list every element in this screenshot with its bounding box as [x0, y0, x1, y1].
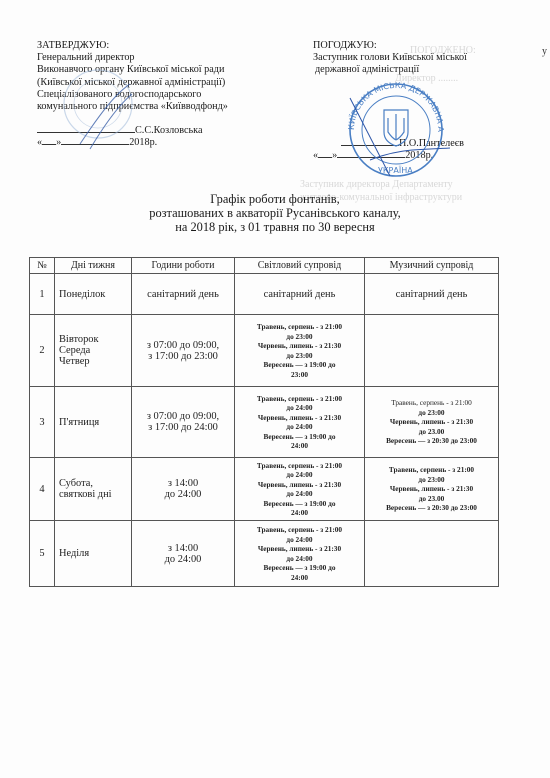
row-lighting: Травень, серпень - з 21:00 до 23:00 Черв…	[235, 315, 365, 387]
approval-line: Виконавчого органу Київської міської рад…	[37, 64, 228, 76]
table-row: 3 П'ятниця з 07:00 до 09:00, з 17:00 до …	[30, 387, 499, 458]
header-lighting: Світловий супровід	[235, 258, 365, 274]
approval-line: Спеціалізованого водогосподарського	[37, 89, 228, 101]
approval-signer: С.С.Козловська	[135, 125, 203, 136]
header-hours: Години роботи	[132, 258, 235, 274]
table-row: 4 Субота, святкові дні з 14:00 до 24:00 …	[30, 458, 499, 521]
row-days: П'ятниця	[55, 387, 132, 458]
title-line-1: Графік роботи фонтанів,	[0, 192, 550, 206]
approval-signature-line: С.С.Козловська	[37, 125, 228, 137]
table-row: 1 Понеділок санітарний день санітарний д…	[30, 274, 499, 315]
row-number: 5	[30, 521, 55, 587]
agreement-signer: П.О.Пантелеєв	[399, 138, 464, 149]
approval-date-line: «»2018р.	[37, 137, 228, 149]
agreement-block: ПОГОДЖУЮ: Заступник голови Київської міс…	[313, 40, 467, 162]
approval-heading: ЗАТВЕРДЖУЮ:	[37, 40, 228, 52]
approval-line: Генеральний директор	[37, 52, 228, 64]
agreement-line: Заступник голови Київської міської	[313, 52, 467, 64]
row-hours: з 14:00 до 24:00	[132, 521, 235, 587]
row-days: Неділя	[55, 521, 132, 587]
approval-block: ЗАТВЕРДЖУЮ: Генеральний директор Виконав…	[37, 40, 228, 150]
row-music	[365, 315, 499, 387]
bleed-through-text: Заступник директора Департаменту	[300, 178, 453, 191]
agreement-line: державної адміністрації	[313, 64, 467, 76]
row-music	[365, 521, 499, 587]
row-number: 4	[30, 458, 55, 521]
approval-year: 2018р.	[129, 137, 157, 148]
agreement-year: 2018р.	[405, 150, 433, 161]
document-title: Графік роботи фонтанів, розташованих в а…	[0, 192, 550, 234]
row-hours: з 07:00 до 09:00, з 17:00 до 23:00	[132, 315, 235, 387]
row-lighting: Травень, серпень - з 21:00 до 24:00 Черв…	[235, 521, 365, 587]
table-header-row: № Дні тижня Години роботи Світловий супр…	[30, 258, 499, 274]
table-row: 2 Вівторок Середа Четвер з 07:00 до 09:0…	[30, 315, 499, 387]
row-number: 1	[30, 274, 55, 315]
row-lighting: санітарний день	[235, 274, 365, 315]
agreement-signature-line: П.О.Пантелеєв	[313, 138, 467, 150]
row-hours: санітарний день	[132, 274, 235, 315]
table-row: 5 Неділя з 14:00 до 24:00 Травень, серпе…	[30, 521, 499, 587]
header-music: Музичний супровід	[365, 258, 499, 274]
agreement-heading: ПОГОДЖУЮ:	[313, 40, 467, 52]
row-music: Травень, серпень - з 21:00 до 23:00 Черв…	[365, 387, 499, 458]
row-days: Субота, святкові дні	[55, 458, 132, 521]
row-number: 3	[30, 387, 55, 458]
approval-line: комунального підприємства «Київводфонд»	[37, 101, 228, 113]
row-hours: з 14:00 до 24:00	[132, 458, 235, 521]
row-lighting: Травень, серпень - з 21:00 до 24:00 Черв…	[235, 387, 365, 458]
edge-mark: у	[542, 46, 547, 57]
schedule-table: № Дні тижня Години роботи Світловий супр…	[29, 257, 499, 587]
header-days: Дні тижня	[55, 258, 132, 274]
header-number: №	[30, 258, 55, 274]
agreement-date-line: «»2018р.	[313, 150, 467, 162]
row-music: санітарний день	[365, 274, 499, 315]
row-number: 2	[30, 315, 55, 387]
row-lighting: Травень, серпень - з 21:00 до 24:00 Черв…	[235, 458, 365, 521]
approval-line: (Київської міської державної адміністрац…	[37, 77, 228, 89]
svg-text:УКРАЇНА: УКРАЇНА	[378, 165, 413, 175]
title-line-3: на 2018 рік, з 01 травня по 30 вересня	[0, 220, 550, 234]
row-days: Вівторок Середа Четвер	[55, 315, 132, 387]
row-music: Травень, серпень - з 21:00 до 23:00 Черв…	[365, 458, 499, 521]
row-days: Понеділок	[55, 274, 132, 315]
row-hours: з 07:00 до 09:00, з 17:00 до 24:00	[132, 387, 235, 458]
title-line-2: розташованих в акваторії Русанівського к…	[0, 206, 550, 220]
